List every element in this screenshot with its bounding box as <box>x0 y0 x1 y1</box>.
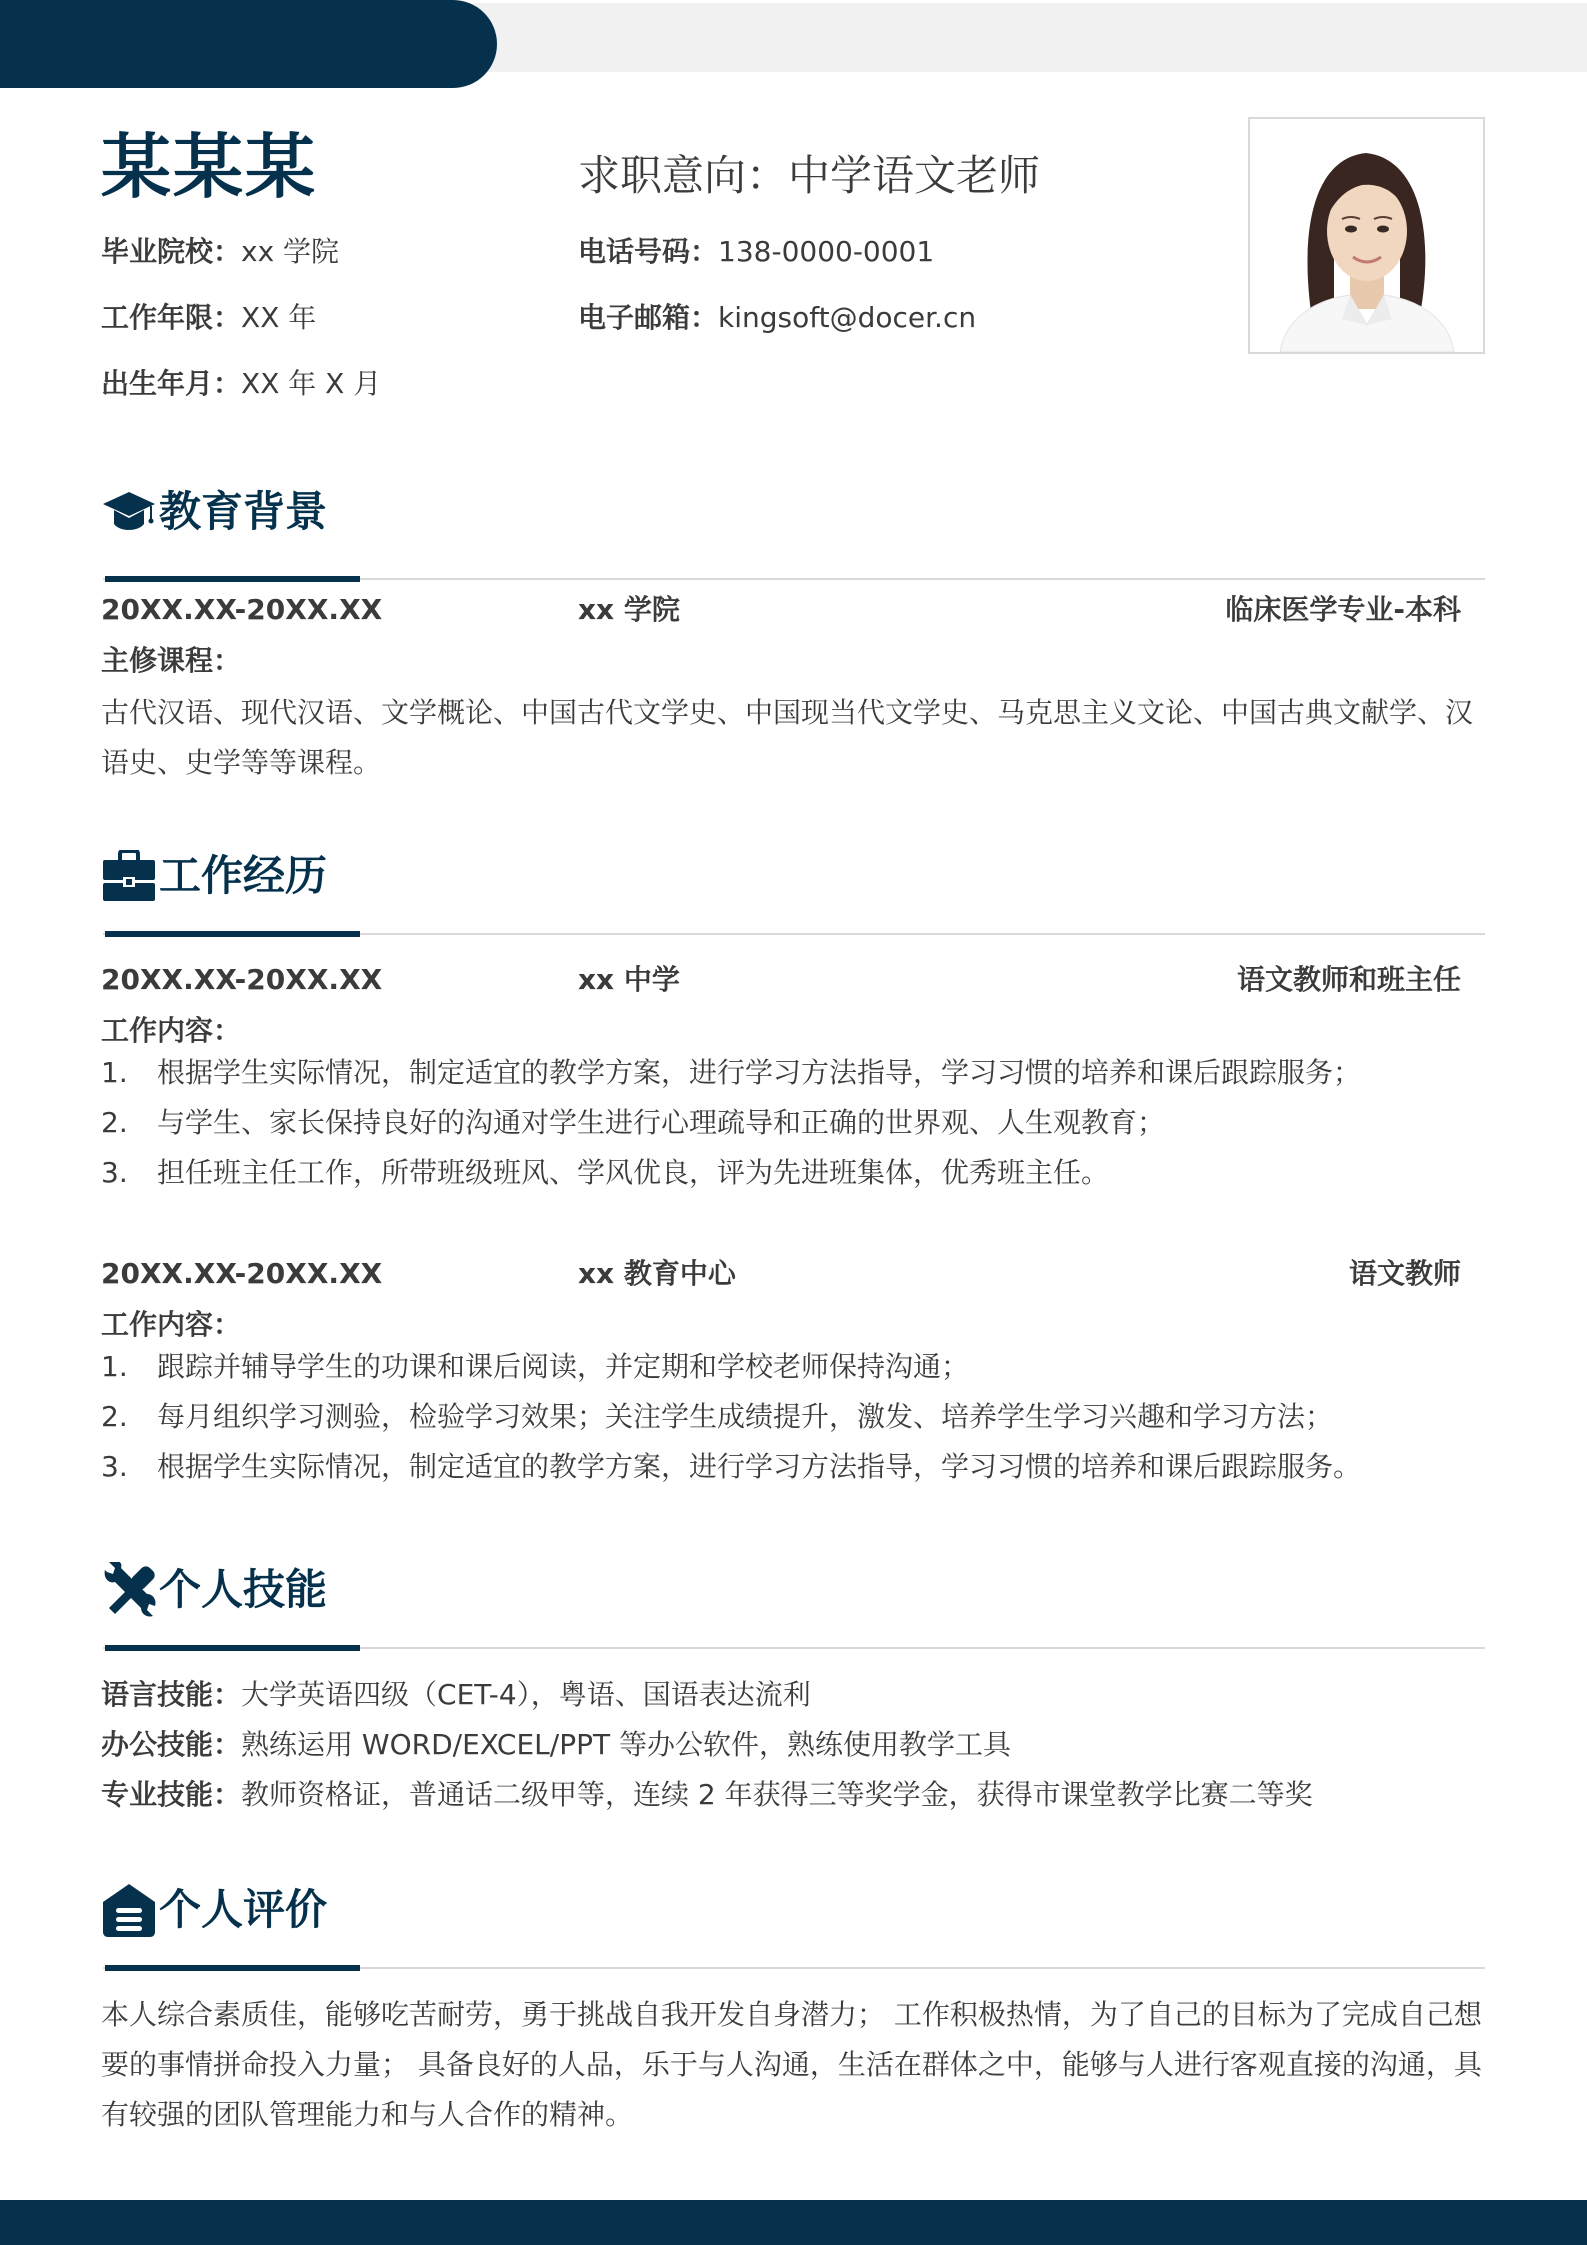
list-item: 1.根据学生实际情况，制定适宜的教学方案，进行学习方法指导，学习习惯的培养和课后… <box>101 1048 1489 1098</box>
info-work-years: 工作年限：XX 年 <box>101 300 316 336</box>
info-school: 毕业院校：xx 学院 <box>101 234 339 270</box>
job-duties-list: 1.跟踪并辅导学生的功课和课后阅读，并定期和学校老师保持沟通； 2.每月组织学习… <box>101 1342 1489 1492</box>
section-title-text: 教育背景 <box>159 484 327 540</box>
info-label: 工作年限： <box>101 301 241 334</box>
skills-list: 语言技能：大学英语四级（CET-4），粤语、国语表达流利 办公技能：熟练运用 W… <box>101 1670 1489 1820</box>
section-title-text: 工作经历 <box>159 848 327 904</box>
info-label: 毕业院校： <box>101 235 241 268</box>
section-title-text: 个人技能 <box>159 1562 327 1618</box>
list-text: 根据学生实际情况，制定适宜的教学方案，进行学习方法指导，学习习惯的培养和课后跟踪… <box>157 1450 1361 1483</box>
job-intent: 求职意向：中学语文老师 <box>578 148 1040 204</box>
list-item: 1.跟踪并辅导学生的功课和课后阅读，并定期和学校老师保持沟通； <box>101 1342 1489 1392</box>
skill-professional: 专业技能：教师资格证，普通话二级甲等，连续 2 年获得三等奖学金，获得市课堂教学… <box>101 1770 1489 1820</box>
job-entry-header: 20XX.XX-20XX.XX xx 教育中心 语文教师 <box>101 1256 1461 1292</box>
courses-label: 主修课程： <box>101 643 241 679</box>
info-value: XX 年 X 月 <box>241 367 381 400</box>
list-item: 2.每月组织学习测验，检验学习效果；关注学生成绩提升，激发、培养学生学习兴趣和学… <box>101 1392 1489 1442</box>
list-item: 3.担任班主任工作，所带班级班风、学风优良，评为先进班集体，优秀班主任。 <box>101 1148 1489 1198</box>
skill-value: 熟练运用 WORD/EXCEL/PPT 等办公软件，熟练使用教学工具 <box>241 1728 1011 1761</box>
list-text: 担任班主任工作，所带班级班风、学风优良，评为先进班集体，优秀班主任。 <box>157 1156 1109 1189</box>
courses-text: 古代汉语、现代汉语、文学概论、中国古代文学史、中国现当代文学史、马克思主义文论、… <box>101 688 1489 788</box>
info-phone: 电话号码：138-0000-0001 <box>578 234 934 270</box>
list-text: 每月组织学习测验，检验学习效果；关注学生成绩提升，激发、培养学生学习兴趣和学习方… <box>157 1400 1333 1433</box>
portrait-illustration <box>1250 119 1483 352</box>
info-birth: 出生年月：XX 年 X 月 <box>101 366 381 402</box>
job-duties-list: 1.根据学生实际情况，制定适宜的教学方案，进行学习方法指导，学习习惯的培养和课后… <box>101 1048 1489 1198</box>
bottom-accent-bar <box>0 2200 1587 2245</box>
info-label: 电话号码： <box>578 235 718 268</box>
self-evaluation-text: 本人综合素质佳，能够吃苦耐劳，勇于挑战自我开发自身潜力； 工作积极热情，为了自己… <box>101 1990 1489 2140</box>
section-title-education: 教育背景 <box>101 484 327 540</box>
job-intent-label: 求职意向： <box>578 151 788 200</box>
list-number: 1. <box>101 1048 128 1098</box>
info-label: 出生年月： <box>101 367 241 400</box>
education-school: xx 学院 <box>578 592 680 628</box>
list-text: 与学生、家长保持良好的沟通对学生进行心理疏导和正确的世界观、人生观教育； <box>157 1106 1165 1139</box>
candidate-name: 某某某 <box>101 125 317 209</box>
phone-value[interactable]: 138-0000-0001 <box>718 235 934 268</box>
job-role: 语文教师 <box>1349 1256 1461 1292</box>
list-number: 2. <box>101 1392 128 1442</box>
job-period: 20XX.XX-20XX.XX <box>101 1256 382 1292</box>
email-value[interactable]: kingsoft@docer.cn <box>718 301 976 334</box>
skill-label: 语言技能： <box>101 1678 241 1711</box>
section-title-work: 工作经历 <box>101 848 327 904</box>
job-role: 语文教师和班主任 <box>1237 962 1461 998</box>
skill-language: 语言技能：大学英语四级（CET-4），粤语、国语表达流利 <box>101 1670 1489 1720</box>
section-divider-accent <box>105 1965 360 1971</box>
list-text: 根据学生实际情况，制定适宜的教学方案，进行学习方法指导，学习习惯的培养和课后跟踪… <box>157 1056 1361 1089</box>
list-text: 跟踪并辅导学生的功课和课后阅读，并定期和学校老师保持沟通； <box>157 1350 969 1383</box>
job-entry-header: 20XX.XX-20XX.XX xx 中学 语文教师和班主任 <box>101 962 1461 998</box>
info-value: XX 年 <box>241 301 316 334</box>
list-item: 3.根据学生实际情况，制定适宜的教学方案，进行学习方法指导，学习习惯的培养和课后… <box>101 1442 1489 1492</box>
info-email: 电子邮箱：kingsoft@docer.cn <box>578 300 976 336</box>
section-title-text: 个人评价 <box>159 1882 327 1938</box>
graduation-cap-icon <box>101 484 157 540</box>
education-entry: 20XX.XX-20XX.XX xx 学院 临床医学专业-本科 <box>101 592 1461 628</box>
skill-label: 专业技能： <box>101 1778 241 1811</box>
section-title-evaluation: 个人评价 <box>101 1882 327 1938</box>
job-intent-value: 中学语文老师 <box>788 151 1040 200</box>
info-label: 电子邮箱： <box>578 301 718 334</box>
job-content-label: 工作内容： <box>101 1307 241 1343</box>
top-accent-pill <box>0 0 497 88</box>
tools-icon <box>101 1562 157 1618</box>
briefcase-icon <box>101 848 157 904</box>
job-org: xx 中学 <box>578 962 680 998</box>
section-divider-accent <box>105 1645 360 1651</box>
section-divider-accent <box>105 931 360 937</box>
skill-value: 大学英语四级（CET-4），粤语、国语表达流利 <box>241 1678 811 1711</box>
job-org: xx 教育中心 <box>578 1256 736 1292</box>
section-title-skills: 个人技能 <box>101 1562 327 1618</box>
job-period: 20XX.XX-20XX.XX <box>101 962 382 998</box>
profile-photo <box>1248 117 1485 354</box>
list-number: 3. <box>101 1442 128 1492</box>
info-value: xx 学院 <box>241 235 339 268</box>
list-number: 3. <box>101 1148 128 1198</box>
home-list-icon <box>101 1882 157 1938</box>
section-divider-accent <box>105 576 360 582</box>
list-item: 2.与学生、家长保持良好的沟通对学生进行心理疏导和正确的世界观、人生观教育； <box>101 1098 1489 1148</box>
education-period: 20XX.XX-20XX.XX <box>101 592 382 628</box>
skill-value: 教师资格证，普通话二级甲等，连续 2 年获得三等奖学金，获得市课堂教学比赛二等奖 <box>241 1778 1313 1811</box>
skill-label: 办公技能： <box>101 1728 241 1761</box>
job-content-label: 工作内容： <box>101 1013 241 1049</box>
list-number: 1. <box>101 1342 128 1392</box>
skill-office: 办公技能：熟练运用 WORD/EXCEL/PPT 等办公软件，熟练使用教学工具 <box>101 1720 1489 1770</box>
list-number: 2. <box>101 1098 128 1148</box>
education-major: 临床医学专业-本科 <box>1225 592 1461 628</box>
